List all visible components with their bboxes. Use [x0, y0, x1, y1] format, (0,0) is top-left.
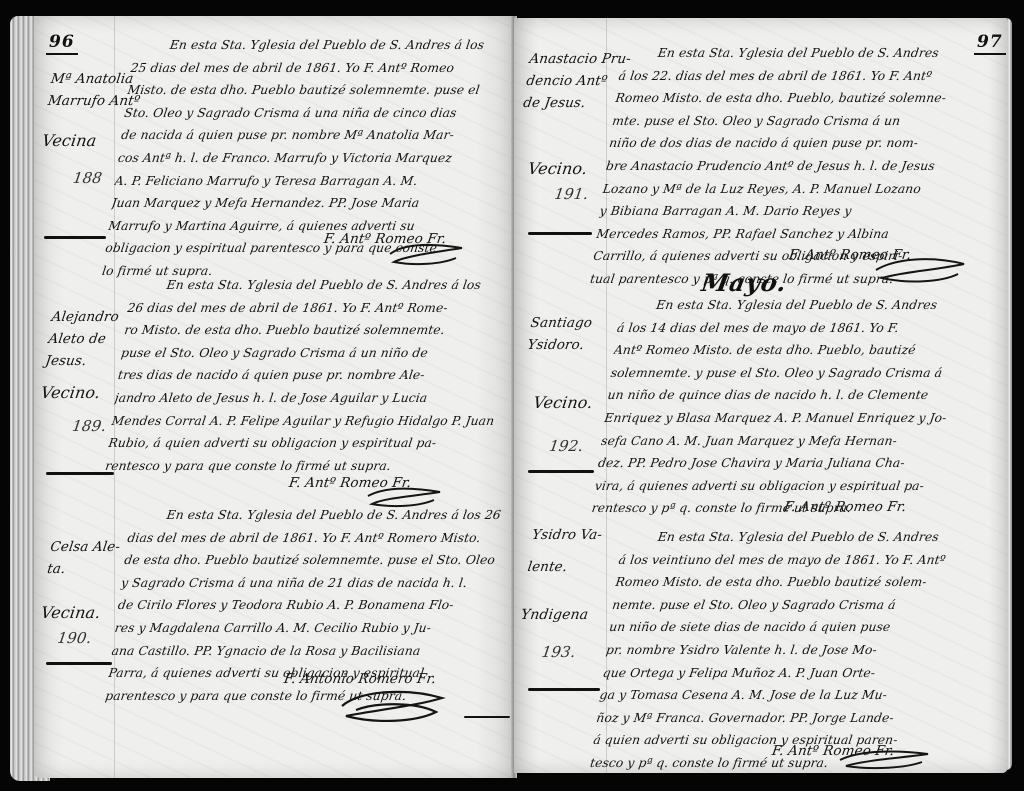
- entry-line: de esta dho. Pueblo bautizé solemnemte. …: [123, 549, 516, 572]
- entry-line: un niño de siete dias de nacido á quien …: [608, 616, 1001, 639]
- entry-line: que Ortega y Felipa Muñoz A. P. Juan Ort…: [601, 662, 994, 685]
- signature-flourish: [836, 750, 932, 772]
- entry-line: Lozano y Mª de la Luz Reyes, A. P. Manue…: [601, 178, 994, 201]
- entry-separator: [528, 470, 594, 473]
- baptism-entry: En esta Sta. Yglesia del Pueblo de S. An…: [590, 294, 1012, 520]
- entry-line: Romeo Misto. de esta dho. Pueblo, bautiz…: [614, 87, 1007, 110]
- entry-line: jandro Aleto de Jesus h. l. de Jose Agui…: [113, 387, 506, 410]
- baptized-name: Santiago: [529, 312, 628, 334]
- entry-line: á los 22. dias del mes de abril de 1861.…: [617, 65, 1010, 88]
- entry-line: Rubio, á quien adverti su obligacion y e…: [107, 432, 500, 455]
- residency-status: Vecino.: [512, 158, 611, 181]
- open-register-book: 96 Mª Anatolia Marrufo Antº Vecina 188 E…: [0, 0, 1024, 791]
- month-heading: Mayo.: [699, 268, 789, 297]
- entry-line: ñoz y Mª Franca. Governador. PP. Jorge L…: [595, 707, 988, 730]
- entry-line: En esta Sta. Yglesia del Pueblo de S. An…: [620, 42, 1013, 65]
- entry-line: cos Antª h. l. de Franco. Marrufo y Vict…: [116, 147, 509, 170]
- entry-line: á los 14 dias del mes de mayo de 1861. Y…: [616, 317, 1009, 340]
- entry-line: Mercedes Ramos, PP. Rafael Sanchez y Alb…: [595, 223, 988, 246]
- entry-number: 193.: [514, 641, 613, 664]
- entry-line: En esta Sta. Yglesia del Pueblo de S. An…: [619, 294, 1012, 317]
- entry-line: Enriquez y Blasa Marquez A. P. Manuel En…: [603, 407, 996, 430]
- baptized-name: Ysidoro.: [526, 334, 625, 356]
- baptism-entry: En esta Sta. Yglesia del Pueblo de S. An…: [589, 526, 1014, 775]
- entry-line: pr. nombre Ysidro Valente h. l. de Jose …: [604, 639, 997, 662]
- entry-line: niño de dos dias de nacido á quien puse …: [608, 132, 1001, 155]
- entry-line: mte. puse el Sto. Oleo y Sagrado Crisma …: [611, 110, 1004, 133]
- right-page: 97 Anastacio Pru- dencio Antº de Jesus. …: [514, 18, 1008, 773]
- entry-line: dias del mes de abril de 1861. Yo F. Ant…: [126, 527, 519, 550]
- entry-line: y Sagrado Crisma á una niña de 21 dias d…: [120, 572, 513, 595]
- left-page: 96 Mª Anatolia Marrufo Antº Vecina 188 E…: [34, 16, 514, 778]
- entry-line: Mendes Corral A. P. Felipe Aguilar y Ref…: [110, 410, 503, 433]
- residency-status: Yndigena: [519, 604, 618, 627]
- entry-number: 191.: [509, 183, 608, 206]
- residency-status: Vecina: [41, 130, 124, 153]
- entry-line: de Cirilo Flores y Teodora Rubio A. P. B…: [116, 594, 509, 617]
- entry-line: A. P. Feliciano Marrufo y Teresa Barraga…: [113, 170, 506, 193]
- entry-line: un niño de quince dias de nacido h. l. d…: [606, 384, 999, 407]
- entry-line: En esta Sta. Yglesia del Pueblo de S. An…: [129, 274, 522, 297]
- entry-line: nemte. puse el Sto. Oleo y Sagrado Crism…: [611, 594, 1004, 617]
- entry-line: 26 dias del mes de abril de 1861. Yo F. …: [126, 297, 519, 320]
- baptized-name: ta.: [46, 558, 129, 580]
- entry-number: 190.: [36, 627, 119, 650]
- baptized-name: Marrufo Antº: [46, 90, 129, 112]
- entry-line: sefa Cano A. M. Juan Marquez y Mefa Hern…: [600, 430, 993, 453]
- entry-line: Misto. de esta dho. Pueblo bautizé solem…: [126, 79, 519, 102]
- entry-line: bre Anastacio Prudencio Antº de Jesus h.…: [604, 155, 997, 178]
- baptized-name: de Jesus.: [522, 92, 621, 114]
- entry-line: de nacida á quien puse pr. nombre Mª Ana…: [120, 124, 513, 147]
- baptized-name: Anastacio Pru-: [528, 48, 627, 70]
- entry-line: y Bibiana Barragan A. M. Dario Reyes y: [598, 200, 991, 223]
- signature-flourish: [872, 256, 968, 286]
- baptized-name: dencio Antº: [525, 70, 624, 92]
- entry-number: 188: [35, 167, 118, 190]
- entry-line: ro Misto. de esta dho. Pueblo bautizé so…: [123, 319, 516, 342]
- baptism-entry: En esta Sta. Yglesia del Pueblo de S. An…: [104, 274, 523, 477]
- entry-separator: [46, 662, 112, 665]
- entry-separator: [528, 688, 600, 691]
- signature-flourish: [386, 242, 466, 268]
- entry-line: En esta Sta. Yglesia del Pueblo de S. An…: [620, 526, 1013, 549]
- entry-line: ana Castillo. PP. Ygnacio de la Rosa y B…: [110, 640, 503, 663]
- baptized-name: Celsa Ale-: [49, 536, 132, 558]
- residency-status: Vecina.: [40, 602, 123, 625]
- signature-flourish: [336, 688, 448, 732]
- entry-line: solemnemte. y puse el Sto. Oleo y Sagrad…: [609, 362, 1002, 385]
- baptized-name: Aleto de: [47, 328, 130, 350]
- entry-line: Romeo Misto. de esta dho. Pueblo bautizé…: [614, 571, 1007, 594]
- entry-line: 25 dias del mes de abril de 1861. Yo F. …: [129, 57, 522, 80]
- entry-separator: [528, 232, 592, 235]
- entry-line: puse el Sto. Oleo y Sagrado Crisma á un …: [120, 342, 513, 365]
- entry-line: En esta Sta. Yglesia del Pueblo de S. An…: [132, 34, 525, 57]
- baptized-name: lente.: [526, 556, 625, 578]
- baptized-name: Jesus.: [44, 350, 127, 372]
- residency-status: Vecino.: [39, 382, 122, 405]
- entry-number: 192.: [512, 435, 611, 458]
- entry-line: ga y Tomasa Cesena A. M. Jose de la Luz …: [598, 684, 991, 707]
- baptized-name: Mª Anatolia: [49, 68, 132, 90]
- entry-line: En esta Sta. Yglesia del Pueblo de S. An…: [129, 504, 522, 527]
- baptized-name: Ysidro Va-: [531, 524, 630, 546]
- entry-line: Sto. Oleo y Sagrado Crisma á una niña de…: [123, 102, 516, 125]
- residency-status: Vecino.: [518, 392, 617, 415]
- baptized-name: Alejandro: [50, 306, 133, 328]
- entry-line: Antº Romeo Misto. de esta dho. Pueblo, b…: [612, 339, 1005, 362]
- priest-signature: F. Antº Romeo Fr.: [782, 496, 907, 519]
- entry-line: vira, á quienes adverti su obligacion y …: [593, 475, 986, 498]
- entry-separator: [464, 716, 510, 718]
- entry-line: dez. PP. Pedro Jose Chavira y Maria Juli…: [596, 452, 989, 475]
- entry-separator: [44, 236, 106, 239]
- page-number: 96: [46, 32, 78, 55]
- entry-line: res y Magdalena Carrillo A. M. Cecilio R…: [113, 617, 506, 640]
- entry-line: Juan Marquez y Mefa Hernandez. PP. Jose …: [110, 192, 503, 215]
- entry-line: á los veintiuno del mes de mayo de 1861.…: [617, 549, 1010, 572]
- entry-line: tres dias de nacido á quien puse pr. nom…: [116, 364, 509, 387]
- entry-number: 189.: [35, 415, 118, 438]
